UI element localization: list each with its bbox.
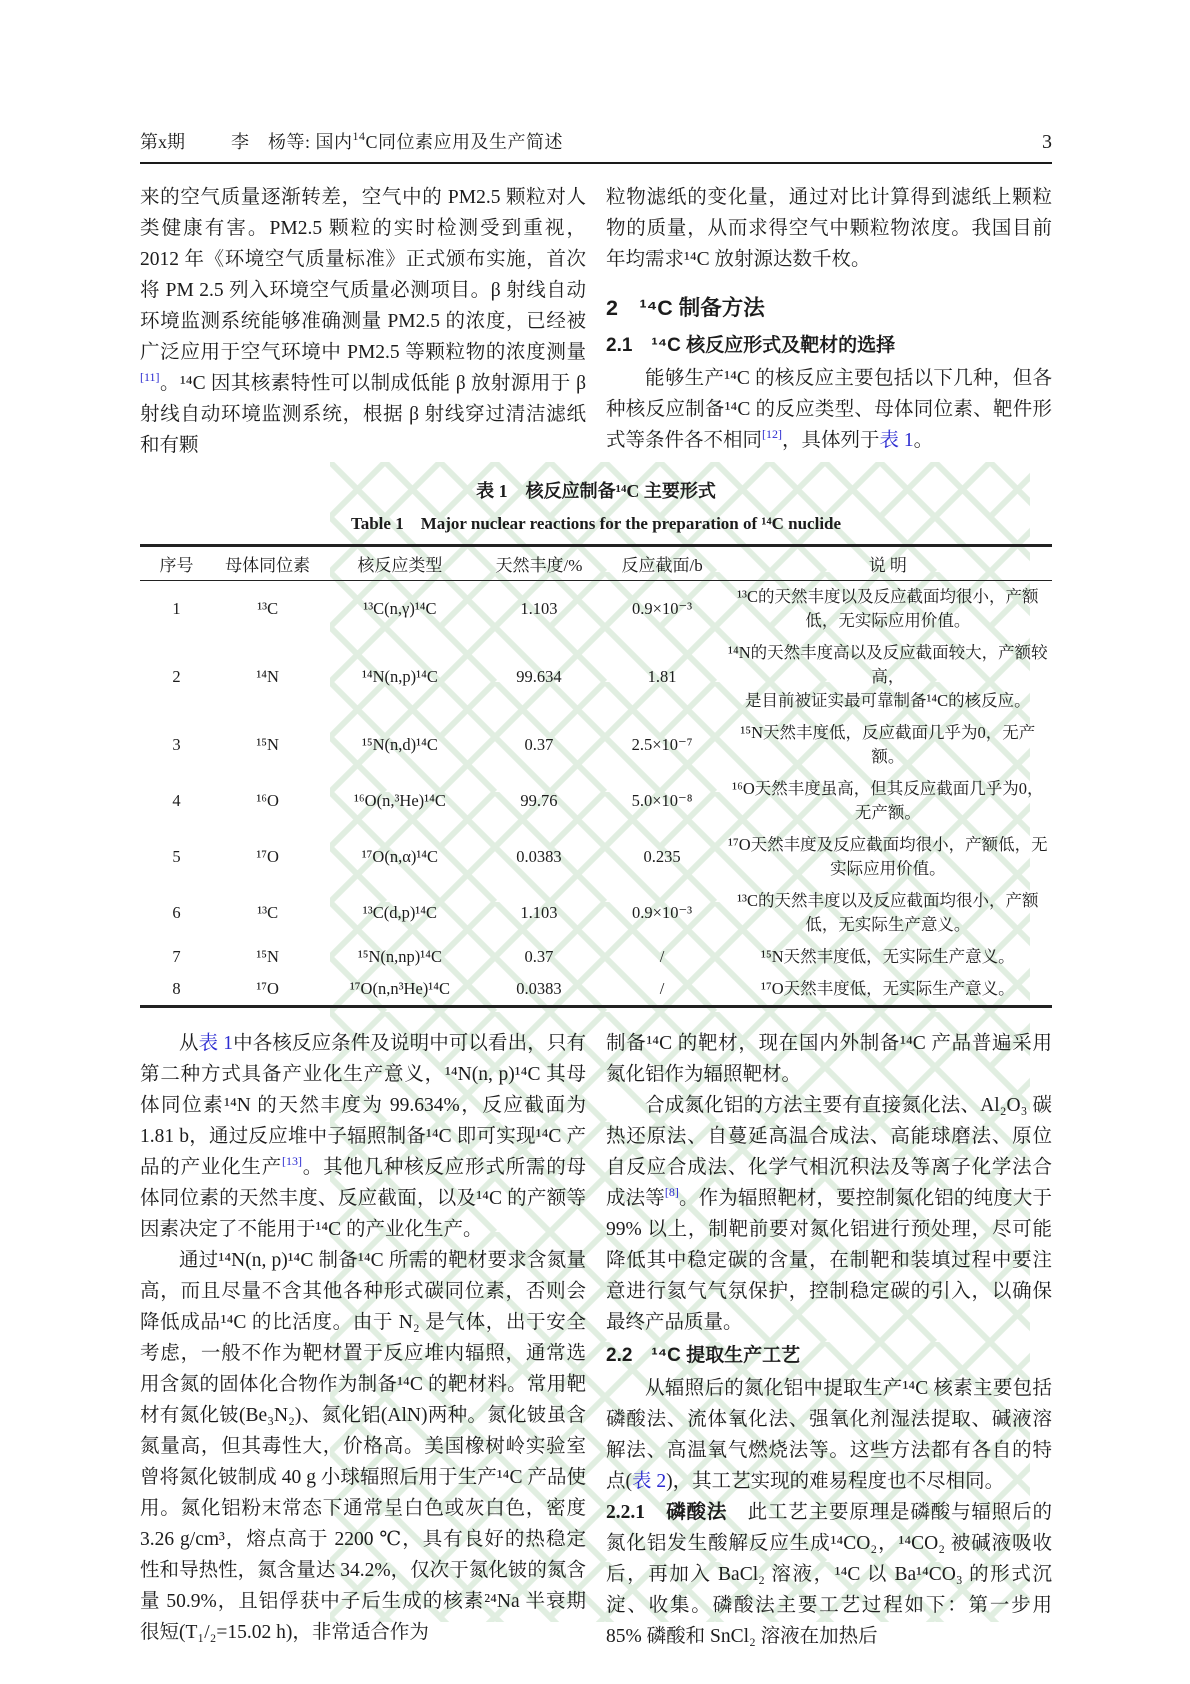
page-number: 3 [1042, 131, 1052, 154]
text-segment: 来的空气质量逐渐转差，空气中的 PM2.5 颗粒对人类健康有害。PM2.5 颗粒… [140, 187, 586, 363]
table-cell: 99.634 [477, 637, 600, 717]
left-column-bottom: 从表 1中各核反应条件及说明中可以看出，只有第二种方式具备产业化生产意义，¹⁴N… [140, 1028, 586, 1652]
table-cell: ¹⁷O天然丰度及反应截面均很小，产额低，无实际应用价值。 [724, 829, 1052, 885]
table-cell: 6 [140, 885, 213, 941]
citation-link[interactable]: [11] [140, 370, 160, 384]
text-segment: 粒物滤纸的变化量，通过对比计算得到滤纸上颗粒物的质量，从而求得空气中颗粒物浓度。… [606, 187, 1052, 270]
paragraph: 能够生产¹⁴C 的核反应主要包括以下几种，但各种核反应制备¹⁴C 的反应类型、母… [606, 363, 1052, 456]
table-body: 1¹³C¹³C(n,γ)¹⁴C1.1030.9×10⁻³¹³C的天然丰度以及反应… [140, 581, 1052, 1007]
paragraph: 来的空气质量逐渐转差，空气中的 PM2.5 颗粒对人类健康有害。PM2.5 颗粒… [140, 182, 586, 461]
table-cell: ¹⁷O [213, 829, 322, 885]
table-cell: 3 [140, 717, 213, 773]
table-cell: ¹⁴N的天然丰度高以及反应截面较大，产额较高， 是目前被证实最可靠制备¹⁴C的核… [724, 637, 1052, 717]
citation-link[interactable]: [8] [665, 1185, 679, 1199]
table-cell: ¹⁵N [213, 941, 322, 973]
citation-link[interactable]: [12] [762, 427, 782, 441]
text-segment: 。¹⁴C 因其核素特性可以制成低能 β 放射源用于 β 射线自动环境监测系统，根… [140, 373, 586, 456]
right-column-top: 粒物滤纸的变化量，通过对比计算得到滤纸上颗粒物的质量，从而求得空气中颗粒物浓度。… [606, 182, 1052, 461]
table-header-row: 序号母体同位素核反应类型天然丰度/%反应截面/b说 明 [140, 546, 1052, 581]
table-cell: 4 [140, 773, 213, 829]
table-row: 8¹⁷O¹⁷O(n,n³He)¹⁴C0.0383/¹⁷O天然丰度低，无实际生产意… [140, 973, 1052, 1007]
table-cell: 1 [140, 581, 213, 638]
table-cell: ¹⁶O [213, 773, 322, 829]
table-ref-link[interactable]: 表 1 [199, 1033, 233, 1054]
table-cell: ¹⁶O天然丰度虽高，但其反应截面几乎为0，无产额。 [724, 773, 1052, 829]
table-cell: ¹³C(d,p)¹⁴C [322, 885, 477, 941]
table-cell: 0.9×10⁻³ [601, 885, 724, 941]
paragraph: 从表 1中各核反应条件及说明中可以看出，只有第二种方式具备产业化生产意义，¹⁴N… [140, 1028, 586, 1245]
table-cell: ¹⁷O(n,n³He)¹⁴C [322, 973, 477, 1007]
left-column-top: 来的空气质量逐渐转差，空气中的 PM2.5 颗粒对人类健康有害。PM2.5 颗粒… [140, 182, 586, 461]
column-header: 母体同位素 [213, 546, 322, 581]
text-segment: 。 [914, 430, 934, 451]
header-rule [140, 162, 1052, 164]
table-row: 6¹³C¹³C(d,p)¹⁴C1.1030.9×10⁻³¹³C的天然丰度以及反应… [140, 885, 1052, 941]
page-header: 第x期 李 杨等: 国内14C同位素应用及生产简述 3 [140, 128, 1052, 154]
table-cell: ¹⁵N [213, 717, 322, 773]
table-cell: ¹³C的天然丰度以及反应截面均很小，产额低，无实际生产意义。 [724, 885, 1052, 941]
table-row: 7¹⁵N¹⁵N(n,np)¹⁴C0.37/¹⁵N天然丰度低，无实际生产意义。 [140, 941, 1052, 973]
table-row: 4¹⁶O¹⁶O(n,³He)¹⁴C99.765.0×10⁻⁸¹⁶O天然丰度虽高，… [140, 773, 1052, 829]
table-cell: / [601, 973, 724, 1007]
running-title: 李 杨等: 国内14C同位素应用及生产简述 [231, 128, 1042, 154]
bottom-columns: 从表 1中各核反应条件及说明中可以看出，只有第二种方式具备产业化生产意义，¹⁴N… [140, 1028, 1052, 1652]
paragraph: 制备¹⁴C 的靶材，现在国内外制备¹⁴C 产品普遍采用氮化铝作为辐照靶材。 [606, 1028, 1052, 1090]
paragraph: 从辐照后的氮化铝中提取生产¹⁴C 核素主要包括磷酸法、流体氧化法、强氧化剂湿法提… [606, 1373, 1052, 1497]
table-ref-link[interactable]: 表 1 [880, 430, 914, 451]
table-cell: 0.0383 [477, 973, 600, 1007]
table-row: 2¹⁴N¹⁴N(n,p)¹⁴C99.6341.81¹⁴N的天然丰度高以及反应截面… [140, 637, 1052, 717]
text-segment: 通过¹⁴N(n, p)¹⁴C 制备¹⁴C 所需的靶材要求含氮量高，而且尽量不含其… [140, 1250, 586, 1643]
table-ref-link[interactable]: 表 2 [632, 1471, 666, 1492]
paragraph: 粒物滤纸的变化量，通过对比计算得到滤纸上颗粒物的质量，从而求得空气中颗粒物浓度。… [606, 182, 1052, 275]
table-cell: / [601, 941, 724, 973]
table-cell: ¹³C [213, 885, 322, 941]
text-segment: ，具体列于 [782, 430, 880, 451]
column-header: 核反应类型 [322, 546, 477, 581]
table-cell: ¹⁵N天然丰度低，反应截面几乎为0，无产额。 [724, 717, 1052, 773]
table-cell: ¹³C的天然丰度以及反应截面均很小，产额低，无实际应用价值。 [724, 581, 1052, 638]
text-segment: 14 [353, 129, 366, 143]
text-segment: 制备¹⁴C 的靶材，现在国内外制备¹⁴C 产品普遍采用氮化铝作为辐照靶材。 [606, 1033, 1052, 1085]
text-segment: )，其工艺实现的难易程度也不尽相同。 [666, 1471, 1004, 1492]
text-segment: 2.2.1 磷酸法 [606, 1502, 727, 1523]
table-cell: 1.103 [477, 885, 600, 941]
column-header: 说 明 [724, 546, 1052, 581]
section-heading-2-2: 2.2 ¹⁴C 提取生产工艺 [606, 1340, 1052, 1367]
table-row: 5¹⁷O¹⁷O(n,α)¹⁴C0.03830.235¹⁷O天然丰度及反应截面均很… [140, 829, 1052, 885]
table-cell: ¹³C(n,γ)¹⁴C [322, 581, 477, 638]
right-column-bottom: 制备¹⁴C 的靶材，现在国内外制备¹⁴C 产品普遍采用氮化铝作为辐照靶材。 合成… [606, 1028, 1052, 1652]
table-cell: 2 [140, 637, 213, 717]
table-cell: 99.76 [477, 773, 600, 829]
table-cell: ¹³C [213, 581, 322, 638]
paragraph: 2.2.1 磷酸法 此工艺主要原理是磷酸与辐照后的氮化铝发生酸解反应生成¹⁴CO… [606, 1497, 1052, 1652]
table-cell: 0.9×10⁻³ [601, 581, 724, 638]
column-header: 天然丰度/% [477, 546, 600, 581]
paragraph: 通过¹⁴N(n, p)¹⁴C 制备¹⁴C 所需的靶材要求含氮量高，而且尽量不含其… [140, 1245, 586, 1648]
table-cell: 1.81 [601, 637, 724, 717]
paragraph: 合成氮化铝的方法主要有直接氮化法、Al₂O₃ 碳热还原法、自蔓延高温合成法、高能… [606, 1090, 1052, 1338]
table-cell: 8 [140, 973, 213, 1007]
table-cell: 1.103 [477, 581, 600, 638]
table-cell: 0.235 [601, 829, 724, 885]
table-cell: 7 [140, 941, 213, 973]
table-1: 序号母体同位素核反应类型天然丰度/%反应截面/b说 明 1¹³C¹³C(n,γ)… [140, 544, 1052, 1008]
table-cell: ¹⁴N(n,p)¹⁴C [322, 637, 477, 717]
top-columns: 来的空气质量逐渐转差，空气中的 PM2.5 颗粒对人类健康有害。PM2.5 颗粒… [140, 182, 1052, 461]
table-cell: 5.0×10⁻⁸ [601, 773, 724, 829]
paper-page: 第x期 李 杨等: 国内14C同位素应用及生产简述 3 来的空气质量逐渐转差，空… [0, 0, 1190, 1684]
text-segment: 从 [179, 1033, 199, 1054]
table-head: 序号母体同位素核反应类型天然丰度/%反应截面/b说 明 [140, 546, 1052, 581]
text-segment: 此工艺主要原理是磷酸与辐照后的氮化铝发生酸解反应生成¹⁴CO₂，¹⁴CO₂ 被碱… [606, 1502, 1052, 1647]
table-row: 1¹³C¹³C(n,γ)¹⁴C1.1030.9×10⁻³¹³C的天然丰度以及反应… [140, 581, 1052, 638]
table-cell: 5 [140, 829, 213, 885]
table-cell: 2.5×10⁻⁷ [601, 717, 724, 773]
section-heading-2: 2 ¹⁴C 制备方法 [606, 291, 1052, 322]
issue-label: 第x期 [140, 128, 185, 154]
table-cell: ¹⁷O(n,α)¹⁴C [322, 829, 477, 885]
page-content: 第x期 李 杨等: 国内14C同位素应用及生产简述 3 来的空气质量逐渐转差，空… [140, 128, 1052, 1652]
section-heading-2-1: 2.1 ¹⁴C 核反应形式及靶材的选择 [606, 330, 1052, 357]
table-title-zh: 表 1 核反应制备¹⁴C 主要形式 [140, 477, 1052, 503]
text-segment: 李 杨等: 国内 [231, 132, 353, 152]
column-header: 反应截面/b [601, 546, 724, 581]
table-cell: ¹⁶O(n,³He)¹⁴C [322, 773, 477, 829]
citation-link[interactable]: [13] [282, 1154, 302, 1168]
table-cell: ¹⁵N天然丰度低，无实际生产意义。 [724, 941, 1052, 973]
table-cell: ¹⁷O [213, 973, 322, 1007]
text-segment: C同位素应用及生产简述 [366, 132, 564, 152]
table-cell: 0.0383 [477, 829, 600, 885]
table-cell: ¹⁴N [213, 637, 322, 717]
table-cell: ¹⁵N(n,d)¹⁴C [322, 717, 477, 773]
table-cell: 0.37 [477, 941, 600, 973]
table-cell: 0.37 [477, 717, 600, 773]
column-header: 序号 [140, 546, 213, 581]
table-cell: ¹⁵N(n,np)¹⁴C [322, 941, 477, 973]
table-cell: ¹⁷O天然丰度低，无实际生产意义。 [724, 973, 1052, 1007]
text-segment: 。作为辐照靶材，要控制氮化铝的纯度大于 99% 以上，制靶前要对氮化铝进行预处理… [606, 1188, 1052, 1333]
table-row: 3¹⁵N¹⁵N(n,d)¹⁴C0.372.5×10⁻⁷¹⁵N天然丰度低，反应截面… [140, 717, 1052, 773]
table-title-en: Table 1 Major nuclear reactions for the … [140, 509, 1052, 534]
table-1-block: 表 1 核反应制备¹⁴C 主要形式 Table 1 Major nuclear … [140, 477, 1052, 1008]
